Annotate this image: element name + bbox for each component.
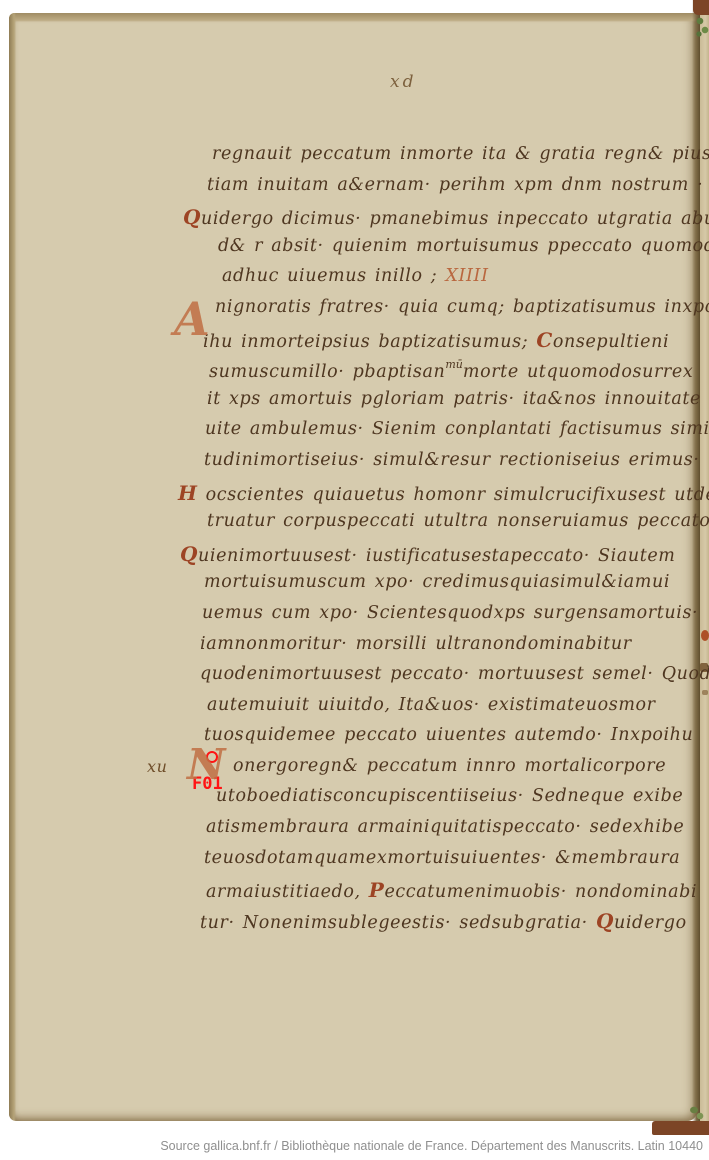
manuscript-text: onergoregn& peccatum innro mortalicorpor… (233, 756, 666, 776)
drop-initial-n: N (187, 744, 225, 786)
manuscript-line: uemus cum xpo· Scientesquodxps surgensam… (202, 603, 682, 634)
manuscript-text: onsepultieni (553, 332, 669, 352)
margin-chapter-number: xu (147, 757, 168, 776)
manuscript-text: mortuisumuscum xpo· credimusquiasimul&ia… (204, 572, 670, 592)
headband-thread-top (696, 16, 709, 38)
manuscript-text: ocscientes quiauetus homonr simulcrucifi… (198, 485, 709, 505)
binding-board-bottom-right (652, 1121, 709, 1135)
manuscript-text: eccatumenimuobis· nondominabi (384, 882, 697, 902)
manuscript-text: uidergo (614, 913, 687, 933)
manuscript-line: tuosquidemee peccato uiuentes autemdo· I… (204, 725, 682, 756)
manuscript-line: nignoratis fratres· quia cumq; baptizati… (215, 297, 682, 328)
manuscript-text: quodenimortuusest peccato· mortuusest se… (200, 664, 709, 684)
manuscript-text: nignoratis fratres· quia cumq; baptizati… (215, 297, 709, 317)
text-block: regnauit peccatum inmorte ita & gratia r… (212, 144, 682, 939)
manuscript-line: utoboediatisconcupiscentiiseius· Sednequ… (216, 786, 682, 817)
manuscript-text: iamnonmoritur· morsilli ultranondominabi… (200, 634, 632, 654)
manuscript-text: mū (445, 358, 463, 371)
manuscript-line: uite ambulemus· Sienim conplantati facti… (205, 419, 682, 450)
manuscript-line: sumuscumillo· pbaptisanmūmorte utquomodo… (209, 358, 682, 389)
page-left-edge (9, 13, 16, 1121)
manuscript-line: regnauit peccatum inmorte ita & gratia r… (212, 144, 682, 175)
manuscript-text: teuosdotamquamexmortuisuiuentes· &membra… (204, 848, 680, 868)
headband-thread-bottom (688, 1104, 706, 1122)
manuscript-text: utoboediatisconcupiscentiiseius· Sednequ… (216, 786, 683, 806)
manuscript-text: Q (183, 205, 201, 229)
rubric-chapter-number: XIIII (445, 266, 488, 286)
manuscript-text: tuosquidemee peccato uiuentes autemdo· I… (204, 725, 693, 745)
manuscript-line: mortuisumuscum xpo· credimusquiasimul&ia… (204, 572, 682, 603)
facing-page-rubric-dot (701, 630, 709, 641)
binding-gutter (692, 0, 700, 1135)
footer-bar: Source gallica.bnf.fr / Bibliothèque nat… (0, 1135, 709, 1160)
manuscript-text: truatur corpuspeccati utultra nonseruiam… (207, 511, 709, 531)
manuscript-line: adhuc uiuemus inillo ; XIIII (222, 266, 682, 297)
manuscript-line: ihu inmorteipsius baptizatisumus; Consep… (203, 328, 682, 359)
quire-signature: xd (390, 72, 416, 92)
manuscript-text: it xps amortuis pgloriam patris· ita&nos… (207, 389, 701, 409)
manuscript-text: sumuscumillo· pbaptisan (209, 362, 445, 382)
manuscript-text: uidergo dicimus· pmanebimus inpeccato ut… (201, 209, 709, 229)
manuscript-line: quodenimortuusest peccato· mortuusest se… (200, 664, 682, 695)
manuscript-line: Quienimortuusest· iustificatusestapeccat… (180, 542, 682, 573)
manuscript-text: armaiustitiaedo, (206, 882, 369, 902)
manuscript-text: uienimortuusest· iustificatusestapeccato… (198, 546, 675, 566)
manuscript-text: tur· Nonenimsublegeestis· sedsubgratia· (200, 913, 596, 933)
manuscript-text: H (178, 481, 198, 505)
footer-source-text: Source gallica.bnf.fr / Bibliothèque nat… (160, 1139, 703, 1153)
manuscript-line: autemuiuit uiuitdo, Ita&uos· existimateu… (207, 695, 682, 726)
manuscript-text: d& r absit· quienim mortuisumus ppeccato… (218, 236, 709, 256)
drop-initial-a: A (174, 296, 210, 342)
manuscript-line: H ocscientes quiauetus homonr simulcruci… (178, 481, 682, 512)
manuscript-text: adhuc uiuemus inillo ; (222, 266, 445, 286)
manuscript-line: d& r absit· quienim mortuisumus ppeccato… (218, 236, 682, 267)
manuscript-text: autemuiuit uiuitdo, Ita&uos· existimateu… (207, 695, 656, 715)
binding-board-top-right (693, 0, 709, 15)
manuscript-text: morte utquomodosurrex (463, 362, 693, 382)
manuscript-line: xuonergoregn& peccatum innro mortalicorp… (233, 756, 682, 787)
manuscript-text: P (369, 878, 385, 902)
manuscript-text: uemus cum xpo· Scientesquodxps surgensam… (202, 603, 698, 623)
manuscript-line: truatur corpuspeccati utultra nonseruiam… (207, 511, 682, 542)
manuscript-text: tudinimortiseius· simul&resur rectionise… (204, 450, 700, 470)
manuscript-text: tiam inuitam a&ernam· perihm xpm dnm nos… (207, 175, 703, 195)
manuscript-text: atismembraura armainiquitatispeccato· se… (206, 817, 684, 837)
facing-page-ink-mark (702, 690, 708, 695)
manuscript-text: uite ambulemus· Sienim conplantati facti… (205, 419, 709, 439)
page-top-edge (9, 13, 697, 22)
manuscript-line: iamnonmoritur· morsilli ultranondominabi… (200, 634, 682, 665)
manuscript-line: tudinimortiseius· simul&resur rectionise… (204, 450, 682, 481)
manuscript-line: Quidergo dicimus· pmanebimus inpeccato u… (183, 205, 682, 236)
manuscript-line: tur· Nonenimsublegeestis· sedsubgratia· … (200, 909, 682, 940)
facing-page-sliver (700, 0, 709, 1135)
manuscript-text: C (536, 328, 553, 352)
manuscript-text: ihu inmorteipsius baptizatisumus; (203, 332, 536, 352)
manuscript-line: teuosdotamquamexmortuisuiuentes· &membra… (204, 848, 682, 879)
manuscript-line: tiam inuitam a&ernam· perihm xpm dnm nos… (207, 175, 682, 206)
manuscript-text: regnauit peccatum inmorte ita & gratia r… (212, 144, 709, 164)
manuscript-line: atismembraura armainiquitatispeccato· se… (206, 817, 682, 848)
manuscript-text: Q (180, 542, 198, 566)
manuscript-line: armaiustitiaedo, Peccatumenimuobis· nond… (206, 878, 682, 909)
manuscript-line: it xps amortuis pgloriam patris· ita&nos… (207, 389, 682, 420)
manuscript-text: Q (596, 909, 614, 933)
